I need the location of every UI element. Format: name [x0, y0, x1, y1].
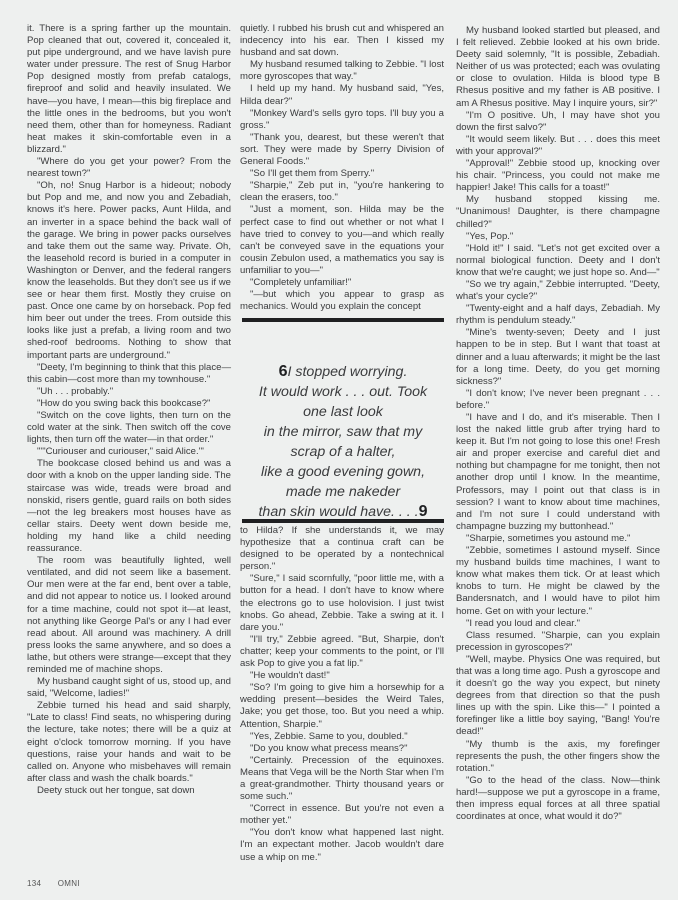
paragraph: "Certainly. Precession of the equinoxes.…	[240, 755, 444, 803]
text-column-left: it. There is a spring farther up the mou…	[27, 23, 231, 797]
paragraph: "Thank you, dearest, but these weren't t…	[240, 132, 444, 168]
magazine-name: OMNI	[58, 879, 80, 888]
pull-quote-top-rule	[242, 318, 444, 322]
paragraph: The bookcase closed behind us and was a …	[27, 458, 231, 555]
paragraph: "I read you loud and clear."	[456, 618, 660, 630]
pull-quote-line: scrap of a halter,	[240, 442, 446, 462]
pull-quote-line: It would work . . . out. Took	[240, 382, 446, 402]
paragraph: "How do you swing back this bookcase?"	[27, 398, 231, 410]
paragraph: "'"Curiouser and curiouser," said Alice.…	[27, 446, 231, 458]
paragraph: "Sharpie," Zeb put in, "you're hankering…	[240, 180, 444, 204]
paragraph: My husband resumed talking to Zebbie. "I…	[240, 59, 444, 83]
paragraph: "Uh . . . probably."	[27, 386, 231, 398]
paragraph: "Sure," I said scornfully, "poor little …	[240, 573, 444, 633]
pull-quote-line: like a good evening gown,	[240, 462, 446, 482]
paragraph: "Yes, Zebbie. Same to you, doubled."	[240, 731, 444, 743]
text-column-middle-top: quietly. I rubbed his brush cut and whis…	[240, 23, 444, 313]
paragraph: "Hold it!" I said. "Let's not get excite…	[456, 243, 660, 279]
paragraph: it. There is a spring farther up the mou…	[27, 23, 231, 156]
paragraph: "Mine's twenty-seven; Deety and I just h…	[456, 327, 660, 387]
pull-quote-text: 6I stopped worrying. It would work . . .…	[240, 362, 446, 522]
paragraph: "So I'll get them from Sperry."	[240, 168, 444, 180]
paragraph: "Twenty-eight and a half days, Zebadiah.…	[456, 303, 660, 327]
page-number: 134	[27, 879, 41, 888]
pull-quote-line: made me nakeder	[240, 482, 446, 502]
paragraph: "Oh, no! Snug Harbor is a hideout; nobod…	[27, 180, 231, 361]
paragraph: I held up my hand. My husband said, "Yes…	[240, 83, 444, 107]
paragraph: "So? I'm going to give him a horsewhip f…	[240, 682, 444, 730]
paragraph: quietly. I rubbed his brush cut and whis…	[240, 23, 444, 59]
paragraph: "Sharpie, sometimes you astound me."	[456, 533, 660, 545]
paragraph: "I have and I do, and it's miserable. Th…	[456, 412, 660, 533]
open-quote-mark-icon: 6	[279, 363, 288, 380]
pull-quote: 6I stopped worrying. It would work . . .…	[240, 318, 446, 508]
paragraph: Deety stuck out her tongue, sat down	[27, 785, 231, 797]
paragraph: "Go to the head of the class. Now—think …	[456, 775, 660, 823]
paragraph: "Monkey Ward's sells gyro tops. I'll buy…	[240, 108, 444, 132]
paragraph: to Hilda? If she understands it, we may …	[240, 525, 444, 573]
page-footer: 134 OMNI	[27, 879, 94, 888]
paragraph: "It would seem likely. But . . . does th…	[456, 134, 660, 158]
paragraph: "Completely unfamiliar!"	[240, 277, 444, 289]
pull-quote-line: I stopped worrying.	[288, 364, 408, 380]
pull-quote-line: in the mirror, saw that my	[240, 422, 446, 442]
paragraph: "You don't know what happened last night…	[240, 827, 444, 863]
paragraph: "He wouldn't dast!"	[240, 670, 444, 682]
text-column-right: My husband looked startled but pleased, …	[456, 25, 660, 823]
paragraph: My husband caught sight of us, stood up,…	[27, 676, 231, 700]
paragraph: "So we try again," Zebbie interrupted. "…	[456, 279, 660, 303]
paragraph: "I'm O positive. Uh, I may have shot you…	[456, 110, 660, 134]
paragraph: Zebbie turned his head and said sharply,…	[27, 700, 231, 785]
paragraph: "Deety, I'm beginning to think that this…	[27, 362, 231, 386]
paragraph: "Where do you get your power? From the n…	[27, 156, 231, 180]
paragraph: "Approval!" Zebbie stood up, knocking ov…	[456, 158, 660, 194]
paragraph: "Correct in essence. But you're not even…	[240, 803, 444, 827]
close-quote-mark-icon: 9	[419, 503, 428, 520]
paragraph: "—but which you appear to grasp as mecha…	[240, 289, 444, 313]
text-column-middle-bottom: to Hilda? If she understands it, we may …	[240, 525, 444, 864]
paragraph: "Zebbie, sometimes I astound myself. Sin…	[456, 545, 660, 618]
paragraph: "Yes, Pop."	[456, 231, 660, 243]
paragraph: "Just a moment, son. Hilda may be the pe…	[240, 204, 444, 277]
paragraph: Class resumed. "Sharpie, can you explain…	[456, 630, 660, 654]
paragraph: "My thumb is the axis, my forefinger rep…	[456, 739, 660, 775]
paragraph: The room was beautifully lighted, well v…	[27, 555, 231, 676]
paragraph: "I don't know; I've never been pregnant …	[456, 388, 660, 412]
pull-quote-line: than skin would have. . . .	[258, 504, 418, 520]
paragraph: My husband stopped kissing me. "Unanimou…	[456, 194, 660, 230]
paragraph: "Well, maybe. Physics One was required, …	[456, 654, 660, 739]
paragraph: My husband looked startled but pleased, …	[456, 25, 660, 110]
paragraph: "I'll try," Zebbie agreed. "But, Sharpie…	[240, 634, 444, 670]
pull-quote-bottom-rule	[242, 519, 444, 523]
paragraph: "Switch on the cove lights, then turn on…	[27, 410, 231, 446]
pull-quote-line: one last look	[240, 402, 446, 422]
paragraph: "Do you know what precess means?"	[240, 743, 444, 755]
